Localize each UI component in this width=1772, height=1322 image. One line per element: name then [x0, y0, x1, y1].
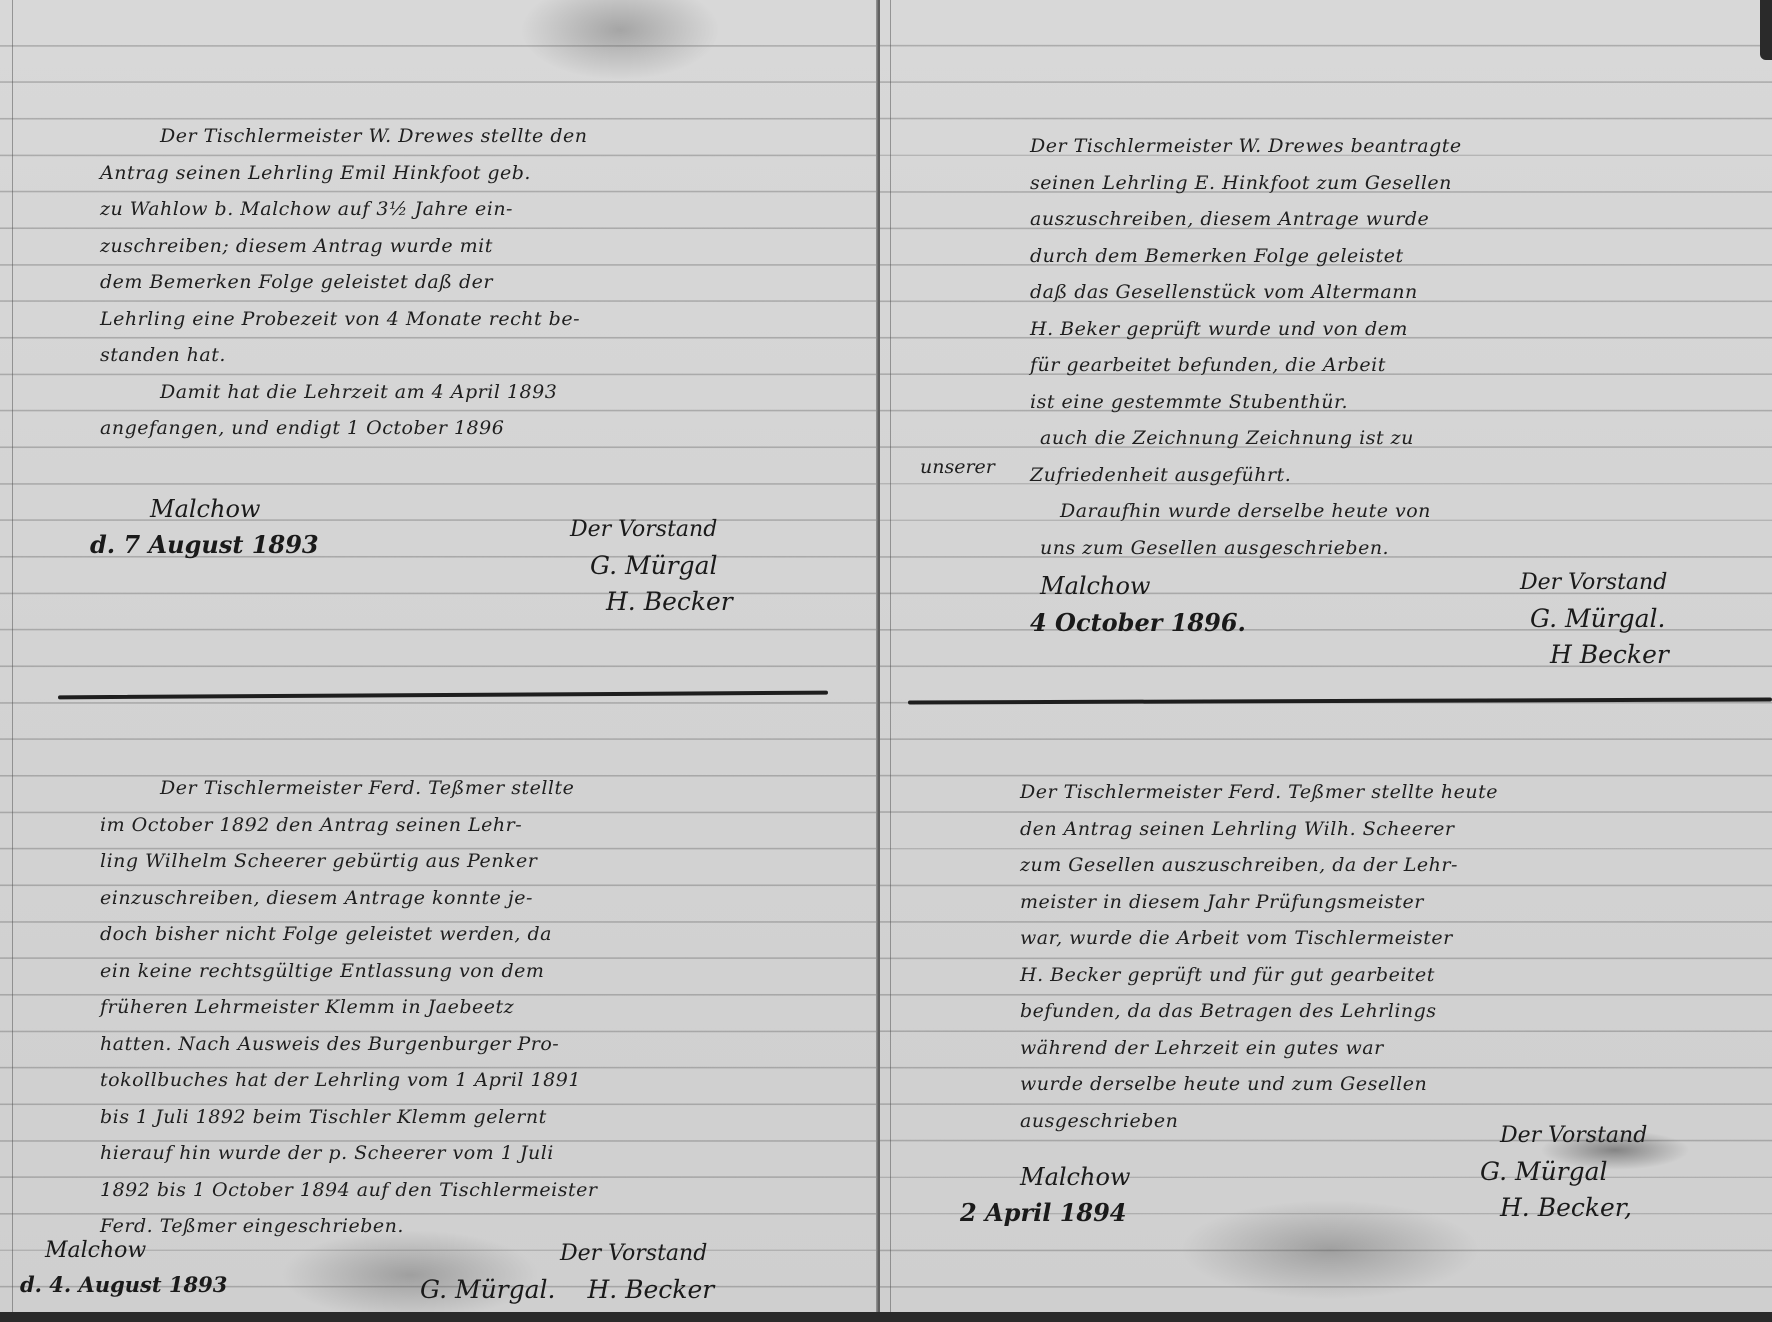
ink-smudge	[1540, 1130, 1690, 1170]
text-line: ist eine gestemmte Stubenthür.	[1030, 384, 1770, 421]
text-line: Der Tischlermeister Ferd. Teßmer stellte…	[1020, 774, 1770, 811]
book-bottom-edge	[0, 1312, 1772, 1322]
text-line: hatten. Nach Ausweis des Burgenburger Pr…	[100, 1026, 870, 1063]
text-line: Antrag seinen Lehrling Emil Hinkfoot geb…	[100, 155, 860, 192]
text-line: zu Wahlow b. Malchow auf 3½ Jahre ein-	[100, 191, 860, 228]
text-line: den Antrag seinen Lehrling Wilh. Scheere…	[1020, 811, 1770, 848]
text-line: im October 1892 den Antrag seinen Lehr-	[100, 807, 870, 844]
text-line: früheren Lehrmeister Klemm in Jaebeetz	[100, 989, 870, 1026]
water-stain	[1180, 1200, 1480, 1300]
signature-block: Der Vorstand G. Mürgal H. Becker	[570, 512, 733, 620]
text-line: uns zum Gesellen ausgeschrieben.	[1030, 530, 1770, 567]
text-line: Der Tischlermeister Ferd. Teßmer stellte	[100, 770, 870, 807]
signature-name: H. Becker	[570, 584, 733, 620]
margin-insertion: unserer	[920, 456, 995, 478]
text-line: daß das Gesellenstück vom Altermann	[1030, 274, 1770, 311]
right-page: Der Tischlermeister W. Drewes beantragte…	[880, 0, 1772, 1312]
text-line: wurde derselbe heute und zum Gesellen	[1020, 1066, 1770, 1103]
page-corner-shadow	[1760, 0, 1772, 60]
water-stain	[520, 0, 720, 80]
margin-rule	[890, 0, 891, 1312]
text-line: dem Bemerken Folge geleistet daß der	[100, 264, 860, 301]
place-name: Malchow	[1020, 1163, 1130, 1191]
text-line: hierauf hin wurde der p. Scheerer vom 1 …	[100, 1135, 870, 1172]
text-line: zum Gesellen auszuschreiben, da der Lehr…	[1020, 847, 1770, 884]
text-line: seinen Lehrling E. Hinkfoot zum Gesellen	[1030, 165, 1770, 202]
signature-name: H Becker	[1520, 637, 1669, 673]
signature-name: H. Becker	[563, 1275, 714, 1304]
signature-name: G. Mürgal.	[1520, 601, 1669, 637]
signature-name: G. Mürgal.	[420, 1275, 555, 1304]
text-line: meister in diesem Jahr Prüfungsmeister	[1020, 884, 1770, 921]
text-line: befunden, da das Betragen des Lehrlings	[1020, 993, 1770, 1030]
signature-title: Der Vorstand	[570, 517, 717, 542]
text-line: auch die Zeichnung Zeichnung ist zu	[1030, 420, 1770, 457]
text-line: Der Tischlermeister W. Drewes beantragte	[1030, 128, 1770, 165]
text-line: H. Beker geprüft wurde und von dem	[1030, 311, 1770, 348]
signature-block: Der Vorstand G. Mürgal. H Becker	[1520, 565, 1669, 673]
text-line: zuschreiben; diesem Antrag wurde mit	[100, 228, 860, 265]
text-line: ling Wilhelm Scheerer gebürtig aus Penke…	[100, 843, 870, 880]
text-line: H. Becker geprüft und für gut gearbeitet	[1020, 957, 1770, 994]
text-line: Zufriedenheit ausgeführt.	[1030, 457, 1770, 494]
text-line: angefangen, und endigt 1 October 1896	[100, 410, 860, 447]
text-line: doch bisher nicht Folge geleistet werden…	[100, 916, 870, 953]
text-line: für gearbeitet befunden, die Arbeit	[1030, 347, 1770, 384]
signature-names: G. Mürgal. H. Becker	[420, 1272, 714, 1308]
entry-text-top-left: Der Tischlermeister W. Drewes stellte de…	[100, 118, 860, 447]
entry-date: 4 October 1896.	[1030, 608, 1246, 637]
entry-divider	[908, 697, 1772, 704]
signature-title: Der Vorstand	[1520, 570, 1667, 595]
text-line: ein keine rechtsgültige Entlassung von d…	[100, 953, 870, 990]
text-line: Damit hat die Lehrzeit am 4 April 1893	[100, 374, 860, 411]
place-name: Malchow	[150, 495, 260, 523]
entry-date: d. 7 August 1893	[90, 530, 319, 559]
entry-text-top-right: Der Tischlermeister W. Drewes beantragte…	[1030, 128, 1770, 566]
entry-date: d. 4. August 1893	[20, 1272, 227, 1297]
text-line: Der Tischlermeister W. Drewes stellte de…	[100, 118, 860, 155]
text-line: Daraufhin wurde derselbe heute von	[1030, 493, 1770, 530]
text-line: durch dem Bemerken Folge geleistet	[1030, 238, 1770, 275]
ledger-spread: Der Tischlermeister W. Drewes stellte de…	[0, 0, 1772, 1322]
entry-text-bottom-right: Der Tischlermeister Ferd. Teßmer stellte…	[1020, 774, 1770, 1139]
place-name: Malchow	[45, 1238, 146, 1263]
entry-date: 2 April 1894	[960, 1198, 1127, 1227]
text-line: 1892 bis 1 October 1894 auf den Tischler…	[100, 1172, 870, 1209]
text-line: tokollbuches hat der Lehrling vom 1 Apri…	[100, 1062, 870, 1099]
text-line: war, wurde die Arbeit vom Tischlermeiste…	[1020, 920, 1770, 957]
text-line: einzuschreiben, diesem Antrage konnte je…	[100, 880, 870, 917]
margin-rule	[12, 0, 13, 1312]
place-name: Malchow	[1040, 572, 1150, 600]
entry-text-bottom-left: Der Tischlermeister Ferd. Teßmer stellte…	[100, 770, 870, 1245]
text-line: bis 1 Juli 1892 beim Tischler Klemm gele…	[100, 1099, 870, 1136]
text-line: während der Lehrzeit ein gutes war	[1020, 1030, 1770, 1067]
entry-divider	[58, 691, 828, 700]
text-line: standen hat.	[100, 337, 860, 374]
left-page: Der Tischlermeister W. Drewes stellte de…	[0, 0, 880, 1312]
signature-title: Der Vorstand	[420, 1241, 707, 1266]
text-line: Lehrling eine Probezeit von 4 Monate rec…	[100, 301, 860, 338]
signature-name: G. Mürgal	[570, 548, 733, 584]
text-line: auszuschreiben, diesem Antrage wurde	[1030, 201, 1770, 238]
signature-name: H. Becker,	[1480, 1190, 1647, 1226]
signature-block: Der Vorstand G. Mürgal. H. Becker	[420, 1236, 714, 1308]
